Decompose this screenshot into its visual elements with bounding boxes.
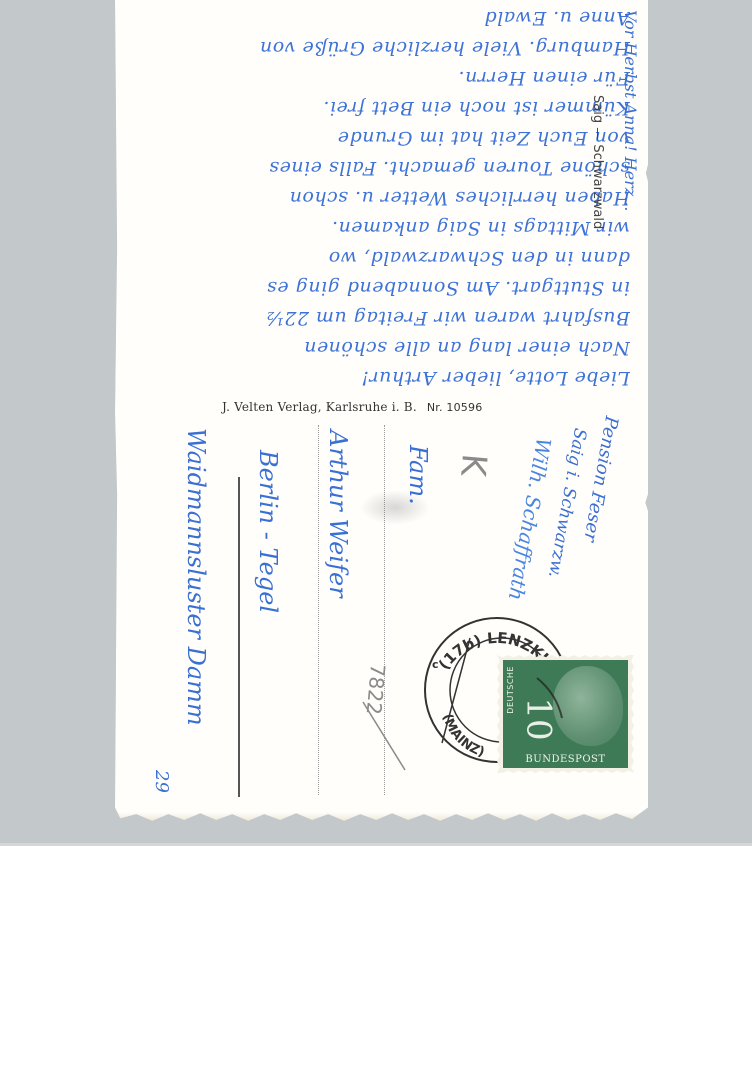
address-line: Fam.: [404, 445, 432, 505]
address-divider: [318, 425, 319, 795]
message-line: dann in den Schwarzwald, wo: [125, 243, 630, 273]
stamp-value: 10: [522, 697, 556, 740]
address-line: 29: [151, 770, 172, 793]
postmark-code: c: [432, 658, 439, 671]
handwritten-message: Liebe Lotte, lieber Arthur! Nach einer l…: [125, 8, 630, 393]
stamp-country: DEUTSCHE: [506, 666, 515, 714]
message-line: von Euch Zeit hat im Grunde: [125, 123, 630, 153]
publisher-line: J. Velten Verlag, Karlsruhe i. B.Nr. 105…: [222, 400, 482, 414]
picture-caption: Saig — Schwarzwald: [590, 95, 605, 285]
publisher-name: J. Velten Verlag, Karlsruhe i. B.: [222, 400, 417, 414]
portrait-icon: [553, 666, 623, 746]
message-line: in Stuttgart. Am Sonnabend ging es: [125, 273, 630, 303]
address-line: Berlin - Tegel: [254, 450, 282, 613]
message-line: Anne u. Ewald: [125, 3, 630, 33]
message-line: Nach einer lang an alle schönen: [125, 333, 630, 363]
message-line: Liebe Lotte, lieber Arthur!: [125, 363, 630, 393]
address-underline: [238, 477, 240, 797]
stamp-face: DEUTSCHE 10 BUNDESPOST: [503, 660, 628, 768]
publisher-number: Nr. 10596: [427, 401, 483, 414]
pencil-mark: K: [452, 452, 494, 478]
message-line: Kümmer ist noch ein Bett frei.: [125, 93, 630, 123]
stamp-label: BUNDESPOST: [503, 754, 628, 765]
message-line: Für einen Herrn.: [125, 63, 630, 93]
side-note: Vor Herbst Anna! Herz...: [621, 10, 640, 211]
address-line: Arthur Weifer: [324, 430, 352, 598]
pencil-stroke: [360, 700, 410, 775]
message-line: Haben herrliches Wetter u. schon: [125, 183, 630, 213]
message-line: wir Mittags in Saig ankamen.: [125, 213, 630, 243]
message-line: Busfahrt waren wir Freitag um 22½: [125, 303, 630, 333]
message-line: Hamburg. Viele herzliche Grüße von: [125, 33, 630, 63]
postage-stamp: DEUTSCHE 10 BUNDESPOST: [497, 655, 634, 773]
address-line: Waidmannsluster Damm: [182, 428, 210, 726]
message-line: schöne Touren gemacht. Falls eines: [125, 153, 630, 183]
